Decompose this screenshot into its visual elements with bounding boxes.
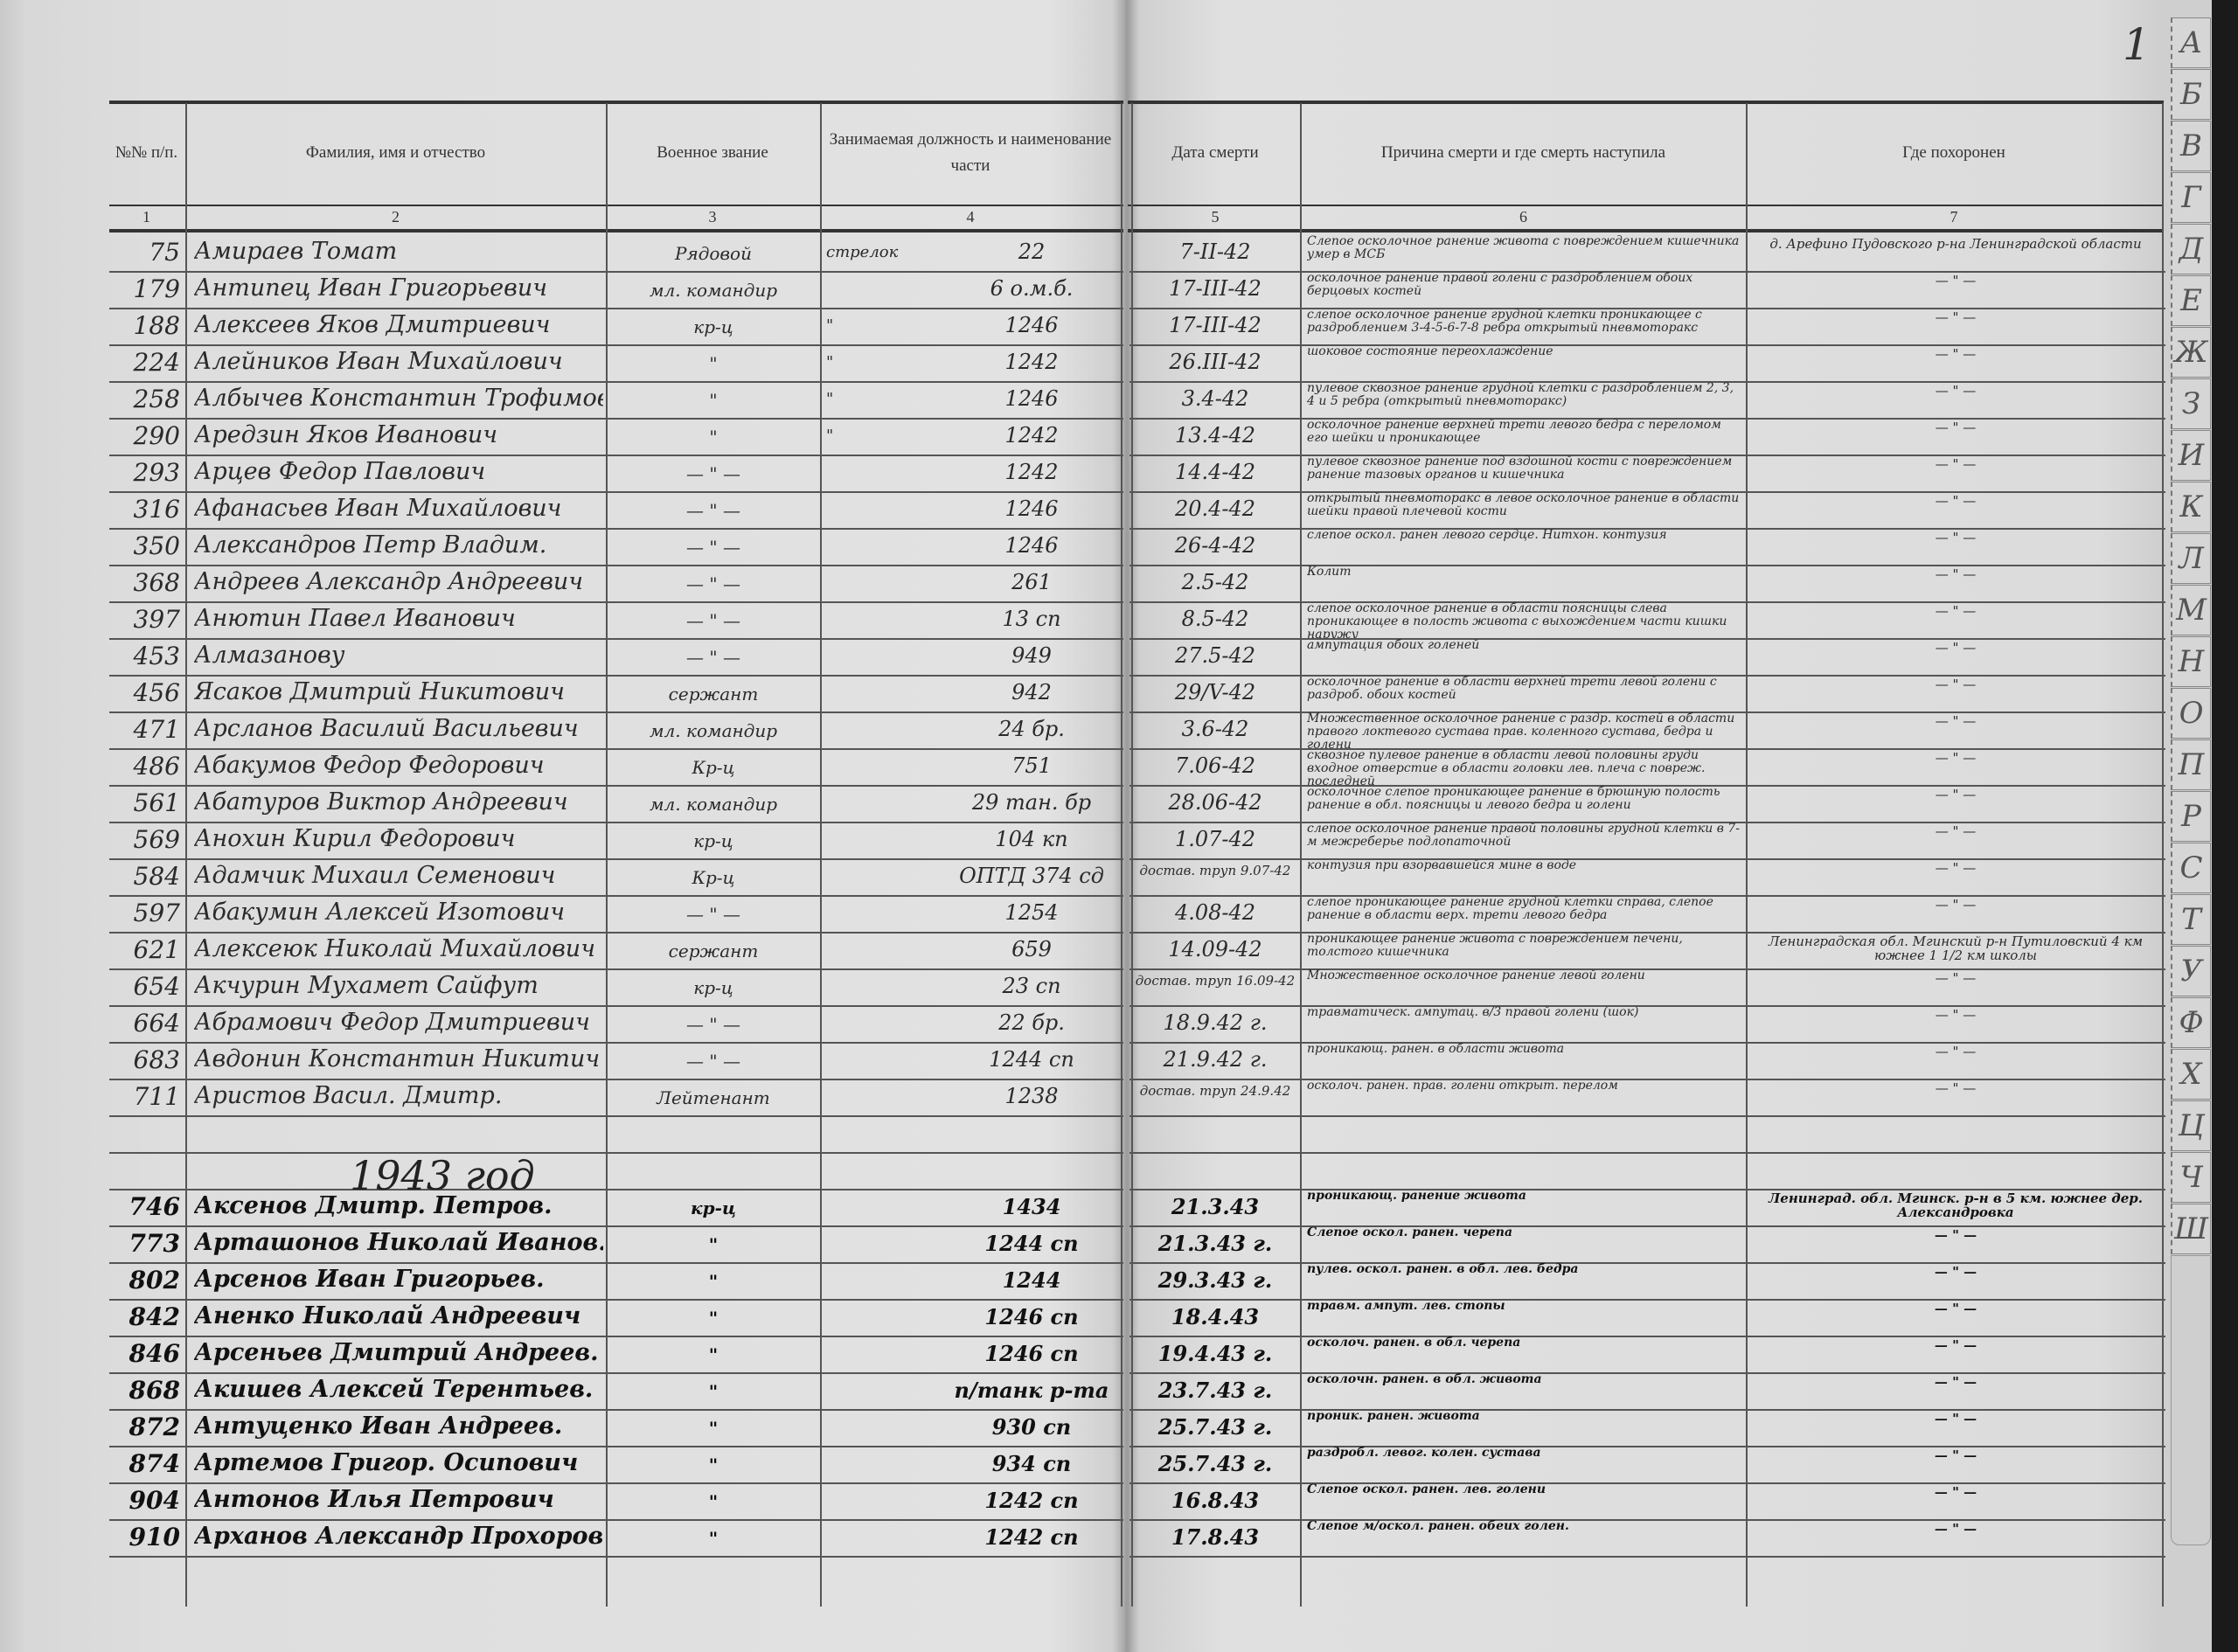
record-name: Акчурин Мухамет Сайфут xyxy=(194,972,603,1009)
record-name: Анохин Кирил Федорович xyxy=(194,825,603,862)
record-burial: — " — xyxy=(1750,1412,2161,1448)
alphabet-tab-10[interactable]: К xyxy=(2171,482,2211,532)
record-name: Александров Петр Владим. xyxy=(194,531,603,568)
row-rule xyxy=(109,455,1123,456)
row-rule xyxy=(109,601,1123,603)
record-rank: кр-ц xyxy=(610,316,817,353)
record-rank: кр-ц xyxy=(610,1197,817,1234)
record-name: Абатуров Виктор Андреевич xyxy=(194,788,603,825)
row-rule xyxy=(1129,1115,2165,1117)
record-burial: Ленинградская обл. Мгинский р-н Путиловс… xyxy=(1750,934,2161,971)
record-burial: — " — xyxy=(1750,677,2161,714)
alphabet-index-tabs: АБВГДЕЖЗИКЛМНОПРСТУФХЦЧШ xyxy=(2171,17,2211,1545)
row-rule xyxy=(109,344,1123,346)
alphabet-tab-13[interactable]: Н xyxy=(2171,636,2211,687)
record-rank: — " — xyxy=(610,647,817,684)
row-rule xyxy=(109,1372,1123,1374)
record-burial: — " — xyxy=(1750,1485,2161,1522)
record-cause: проникающее ранение живота с повреждение… xyxy=(1307,933,1744,969)
record-name: Арсланов Василий Васильевич xyxy=(194,715,603,752)
record-name: Арсенов Иван Григорьев. xyxy=(194,1266,603,1302)
record-burial: — " — xyxy=(1750,531,2161,567)
record-number: 872 xyxy=(109,1413,184,1449)
record-rank: сержант xyxy=(610,684,817,720)
record-name: Абакумин Алексей Изотович xyxy=(194,899,603,935)
record-burial: — " — xyxy=(1750,1448,2161,1485)
record-cause: травм. ампут. лев. стопы xyxy=(1307,1300,1744,1336)
record-cause: открытый пневмоторакс в левое осколочное… xyxy=(1307,492,1744,529)
col-num-1: 1 xyxy=(109,208,184,226)
col-num-6: 6 xyxy=(1303,208,1744,226)
record-rank: — " — xyxy=(610,1014,817,1051)
record-cause: осколочное слепое проникающее ранение в … xyxy=(1307,786,1744,823)
record-burial: — " — xyxy=(1750,824,2161,861)
row-rule xyxy=(109,1152,1123,1154)
record-burial: — " — xyxy=(1750,971,2161,1008)
record-cause: проникающ. ранение живота xyxy=(1307,1190,1744,1226)
header-cause: Причина смерти и где смерть наступила xyxy=(1303,105,1744,201)
record-rank: " xyxy=(610,1271,817,1308)
alphabet-tab-16[interactable]: Р xyxy=(2171,791,2211,842)
col-num-5: 5 xyxy=(1132,208,1298,226)
record-burial: — " — xyxy=(1750,347,2161,384)
record-number: 654 xyxy=(109,972,184,1009)
record-rank: " xyxy=(610,1528,817,1565)
col-num-7: 7 xyxy=(1748,208,2159,226)
record-cause: слепое осколочное ранение в области пояс… xyxy=(1307,602,1744,639)
row-rule xyxy=(109,1409,1123,1411)
record-number: 597 xyxy=(109,899,184,935)
alphabet-tab-12[interactable]: М xyxy=(2171,585,2211,635)
record-rank: " xyxy=(610,1234,817,1271)
record-number: 350 xyxy=(109,531,184,568)
row-rule xyxy=(109,1519,1123,1521)
record-number: 290 xyxy=(109,421,184,458)
alphabet-tab-14[interactable]: О xyxy=(2171,688,2211,739)
row-rule xyxy=(109,895,1123,897)
row-rule xyxy=(109,1556,1123,1558)
record-name: Акишев Алексей Терентьев. xyxy=(194,1376,603,1413)
record-cause: Колит xyxy=(1307,566,1744,602)
record-burial: — " — xyxy=(1750,420,2161,457)
row-rule xyxy=(109,1446,1123,1447)
record-name: Абрамович Федор Дмитриевич xyxy=(194,1009,603,1045)
alphabet-tab-6[interactable]: Е xyxy=(2171,275,2211,326)
record-cause: Множественное осколочное ранение левой г… xyxy=(1307,969,1744,1006)
record-name: Арташонов Николай Иванов. xyxy=(194,1229,603,1266)
record-position: " xyxy=(826,316,957,353)
record-rank: Кр-ц xyxy=(610,757,817,794)
record-position: " xyxy=(826,390,957,427)
record-burial: — " — xyxy=(1750,604,2161,641)
record-cause: ампутация обоих голеней xyxy=(1307,639,1744,676)
record-rank: кр-ц xyxy=(610,977,817,1014)
record-cause: сквозное пулевое ранение в области левой… xyxy=(1307,749,1744,786)
record-name: Афанасьев Иван Михайлович xyxy=(194,495,603,531)
col-num-4: 4 xyxy=(822,208,1119,226)
record-name: Алейников Иван Михайлович xyxy=(194,348,603,385)
record-cause: осколочное ранение правой голени с раздр… xyxy=(1307,272,1744,309)
record-name: Адамчик Михаил Семенович xyxy=(194,862,603,899)
record-name: Арцев Федор Павлович xyxy=(194,458,603,495)
record-name: Авдонин Константин Никитич xyxy=(194,1045,603,1082)
record-number: 188 xyxy=(109,311,184,348)
row-rule xyxy=(109,1482,1123,1484)
record-number: 842 xyxy=(109,1302,184,1339)
record-burial: — " — xyxy=(1750,788,2161,824)
record-number: 456 xyxy=(109,678,184,715)
alphabet-tab-19[interactable]: У xyxy=(2171,946,2211,996)
col-divider xyxy=(2162,103,2164,1607)
record-burial: — " — xyxy=(1750,1301,2161,1338)
row-rule xyxy=(109,968,1123,970)
row-rule xyxy=(109,1005,1123,1007)
row-rule xyxy=(109,858,1123,860)
alphabet-tab-17[interactable]: С xyxy=(2171,843,2211,893)
record-number: 746 xyxy=(109,1192,184,1229)
record-cause: пулевое сквозное ранение под вздошной ко… xyxy=(1307,455,1744,492)
record-cause: пулев. оскол. ранен. в обл. лев. бедра xyxy=(1307,1263,1744,1300)
record-name: Аредзин Яков Иванович xyxy=(194,421,603,458)
alphabet-tab-3[interactable]: В xyxy=(2171,121,2211,171)
row-rule xyxy=(109,1115,1123,1117)
record-rank: " xyxy=(610,1418,817,1454)
row-rule xyxy=(109,271,1123,273)
record-number: 683 xyxy=(109,1045,184,1082)
record-rank: сержант xyxy=(610,941,817,977)
row-rule xyxy=(1129,1556,2165,1558)
record-burial: д. Арефино Пудовского р-на Ленинградской… xyxy=(1750,237,2161,274)
record-name: Аристов Васил. Дмитр. xyxy=(194,1082,603,1119)
record-burial: — " — xyxy=(1750,567,2161,604)
record-number: 773 xyxy=(109,1229,184,1266)
record-cause: проник. ранен. живота xyxy=(1307,1410,1744,1447)
record-number: 75 xyxy=(109,238,184,274)
alphabet-tab-2[interactable]: Б xyxy=(2171,69,2211,120)
record-cause: слепое осколочное ранение правой половин… xyxy=(1307,823,1744,859)
record-name: Ясаков Дмитрий Никитович xyxy=(194,678,603,715)
record-name: Арханов Александр Прохоров. xyxy=(194,1523,603,1559)
record-burial: — " — xyxy=(1750,898,2161,934)
record-burial: — " — xyxy=(1750,1008,2161,1045)
record-cause: осколочн. ранен. в обл. живота xyxy=(1307,1373,1744,1410)
record-rank: Рядовой xyxy=(610,243,817,280)
record-number: 471 xyxy=(109,715,184,752)
record-number: 486 xyxy=(109,752,184,788)
record-rank: — " — xyxy=(610,904,817,941)
row-rule xyxy=(109,1042,1123,1044)
alphabet-tab-24[interactable]: Ш xyxy=(2171,1204,2211,1254)
record-cause: Слепое м/оскол. ранен. обеих голен. xyxy=(1307,1520,1744,1557)
record-burial: — " — xyxy=(1750,861,2161,898)
record-number: 910 xyxy=(109,1523,184,1559)
record-burial: — " — xyxy=(1750,641,2161,677)
alphabet-tab-18[interactable]: Т xyxy=(2171,894,2211,945)
record-cause: Слепое оскол. ранен. черепа xyxy=(1307,1226,1744,1263)
record-number: 584 xyxy=(109,862,184,899)
row-rule xyxy=(109,822,1123,823)
alphabet-tab-22[interactable]: Ц xyxy=(2171,1100,2211,1151)
record-rank: мл. командир xyxy=(610,720,817,757)
record-cause: осколоч. ранен. в обл. черепа xyxy=(1307,1336,1744,1373)
col-divider xyxy=(1121,103,1122,1607)
record-name: Алексеев Яков Дмитриевич xyxy=(194,311,603,348)
record-name: Анютин Павел Иванович xyxy=(194,605,603,642)
record-number: 561 xyxy=(109,788,184,825)
row-rule xyxy=(109,675,1123,677)
record-rank: Лейтенант xyxy=(610,1087,817,1124)
row-rule xyxy=(109,711,1123,713)
row-rule xyxy=(109,748,1123,750)
record-rank: — " — xyxy=(610,537,817,573)
alphabet-tab-8[interactable]: З xyxy=(2171,378,2211,429)
record-cause: осколочное ранение верхней трети левого … xyxy=(1307,419,1744,455)
record-burial: — " — xyxy=(1750,751,2161,788)
record-number: 224 xyxy=(109,348,184,385)
header-mid-rule xyxy=(109,205,1123,206)
record-name: Антуценко Иван Андреев. xyxy=(194,1413,603,1449)
record-number: 711 xyxy=(109,1082,184,1119)
record-name: Антонов Илья Петрович xyxy=(194,1486,603,1523)
row-rule xyxy=(109,381,1123,383)
alphabet-tab-20[interactable]: Ф xyxy=(2171,997,2211,1048)
record-cause: слепое проникающее ранение грудной клетк… xyxy=(1307,896,1744,933)
record-rank: " xyxy=(610,353,817,390)
row-rule xyxy=(109,1299,1123,1301)
col-divider xyxy=(820,103,822,1607)
col-num-2: 2 xyxy=(188,208,603,226)
header-top-rule xyxy=(1128,101,2164,104)
alphabet-tab-23[interactable]: Ч xyxy=(2171,1152,2211,1203)
record-burial: — " — xyxy=(1750,494,2161,531)
header-rank: Военное звание xyxy=(608,105,817,201)
record-name: Алмазанову xyxy=(194,642,603,678)
year-heading-1943: 1943 год xyxy=(350,1152,535,1199)
record-rank: мл. командир xyxy=(610,794,817,830)
record-rank: " xyxy=(610,1491,817,1528)
record-cause: контузия при взорвавшейся мине в воде xyxy=(1307,859,1744,896)
record-name: Аненко Николай Андреевич xyxy=(194,1302,603,1339)
record-name: Абакумов Федор Федорович xyxy=(194,752,603,788)
col-num-3: 3 xyxy=(608,208,817,226)
record-name: Амираев Томат xyxy=(194,238,603,274)
record-number: 846 xyxy=(109,1339,184,1376)
record-cause: Множественное осколочное ранение с раздр… xyxy=(1307,712,1744,749)
row-rule xyxy=(109,528,1123,530)
record-rank: " xyxy=(610,1454,817,1491)
record-rank: " xyxy=(610,1344,817,1381)
header-death-date: Дата смерти xyxy=(1132,105,1298,201)
alphabet-tab-7[interactable]: Ж xyxy=(2171,327,2211,378)
header-top-rule xyxy=(109,101,1123,104)
record-rank: Кр-ц xyxy=(610,867,817,904)
row-rule xyxy=(109,565,1123,566)
record-cause: Слепое оскол. ранен. лев. голени xyxy=(1307,1483,1744,1520)
record-cause: Слепое осколочное ранение живота с повре… xyxy=(1307,235,1744,272)
header-position: Занимаемая должность и наименование част… xyxy=(822,105,1119,201)
record-cause: шоковое состояние переохлаждение xyxy=(1307,345,1744,382)
row-rule xyxy=(109,418,1123,420)
row-rule xyxy=(109,638,1123,640)
record-number: 874 xyxy=(109,1449,184,1486)
record-number: 802 xyxy=(109,1266,184,1302)
record-burial: — " — xyxy=(1750,714,2161,751)
header-name: Фамилия, имя и отчество xyxy=(188,105,603,201)
alphabet-tab-1[interactable]: А xyxy=(2171,17,2211,68)
record-cause: осколочное ранение в области верхней тре… xyxy=(1307,676,1744,712)
alphabet-tab-21[interactable]: Х xyxy=(2171,1049,2211,1100)
record-position: " xyxy=(826,427,957,463)
record-number: 453 xyxy=(109,642,184,678)
record-burial: — " — xyxy=(1750,1522,2161,1558)
record-burial: — " — xyxy=(1750,457,2161,494)
record-rank: — " — xyxy=(610,573,817,610)
record-number: 868 xyxy=(109,1376,184,1413)
record-burial: — " — xyxy=(1750,384,2161,420)
col-divider xyxy=(1746,103,1748,1607)
record-number: 664 xyxy=(109,1009,184,1045)
record-position: " xyxy=(826,353,957,390)
record-rank: — " — xyxy=(610,500,817,537)
col-divider xyxy=(1300,103,1302,1607)
record-burial: — " — xyxy=(1750,1338,2161,1375)
row-rule xyxy=(109,1079,1123,1080)
record-number: 368 xyxy=(109,568,184,605)
record-cause: слепое осколочное ранение грудной клетки… xyxy=(1307,309,1744,345)
record-rank: кр-ц xyxy=(610,830,817,867)
record-number: 258 xyxy=(109,385,184,421)
record-name: Артемов Григор. Осипович xyxy=(194,1449,603,1486)
header-burial: Где похоронен xyxy=(1748,105,2159,201)
record-number: 179 xyxy=(109,274,184,311)
record-rank: " xyxy=(610,427,817,463)
record-number: 293 xyxy=(109,458,184,495)
record-rank: " xyxy=(610,1381,817,1418)
record-name: Алексеюк Николай Михайлович xyxy=(194,935,603,972)
row-rule xyxy=(109,1225,1123,1227)
record-burial: — " — xyxy=(1750,310,2161,347)
record-cause: травматическ. ампутац. в/3 правой голени… xyxy=(1307,1006,1744,1043)
record-burial: — " — xyxy=(1750,1045,2161,1081)
record-number: 904 xyxy=(109,1486,184,1523)
record-position: стрелок xyxy=(826,243,957,280)
header-no: №№ п/п. xyxy=(109,105,184,201)
row-rule xyxy=(109,491,1123,493)
record-burial: — " — xyxy=(1750,1228,2161,1265)
row-rule xyxy=(109,308,1123,309)
alphabet-tab-9[interactable]: И xyxy=(2171,430,2211,481)
record-number: 569 xyxy=(109,825,184,862)
record-name: Арсеньев Дмитрий Андреев. xyxy=(194,1339,603,1376)
index-strip-end xyxy=(2171,1255,2211,1545)
record-cause: пулевое сквозное ранение грудной клетки … xyxy=(1307,382,1744,419)
record-rank: — " — xyxy=(610,610,817,647)
row-rule xyxy=(1129,1152,2165,1154)
alphabet-tab-5[interactable]: Д xyxy=(2171,224,2211,274)
record-cause: раздробл. левог. колен. сустава xyxy=(1307,1447,1744,1483)
header-mid-rule xyxy=(1128,205,2164,206)
alphabet-tab-4[interactable]: Г xyxy=(2171,172,2211,223)
record-number: 397 xyxy=(109,605,184,642)
record-name: Албычев Константин Трофимович xyxy=(194,385,603,421)
row-rule xyxy=(109,932,1123,934)
alphabet-tab-11[interactable]: Л xyxy=(2171,533,2211,584)
record-rank: мл. командир xyxy=(610,280,817,316)
record-name: Антипец Иван Григорьевич xyxy=(194,274,603,311)
header-bottom-rule xyxy=(109,229,1123,233)
alphabet-tab-15[interactable]: П xyxy=(2171,739,2211,790)
record-number: 316 xyxy=(109,495,184,531)
record-burial: Ленинград. обл. Мгинск. р-н в 5 км. южне… xyxy=(1750,1191,2161,1228)
record-number: 621 xyxy=(109,935,184,972)
record-rank: " xyxy=(610,1308,817,1344)
record-burial: — " — xyxy=(1750,1375,2161,1412)
row-rule xyxy=(109,1336,1123,1337)
row-rule xyxy=(109,785,1123,787)
col-divider xyxy=(606,103,608,1607)
record-cause: осколоч. ранен. прав. голени открыт. пер… xyxy=(1307,1079,1744,1116)
record-name: Андреев Александр Андреевич xyxy=(194,568,603,605)
col-divider xyxy=(185,103,187,1607)
record-rank: — " — xyxy=(610,1051,817,1087)
ledger-spread: 1 №№ п/п. Фамилия, имя и отчество Военно… xyxy=(0,0,2238,1652)
record-rank: " xyxy=(610,390,817,427)
header-bottom-rule xyxy=(1128,229,2164,233)
row-rule xyxy=(109,1262,1123,1264)
record-burial: — " — xyxy=(1750,1081,2161,1118)
record-cause: проникающ. ранен. в области живота xyxy=(1307,1043,1744,1079)
record-rank: — " — xyxy=(610,463,817,500)
record-burial: — " — xyxy=(1750,274,2161,310)
book-edge-shadow xyxy=(2212,0,2238,1652)
record-burial: — " — xyxy=(1750,1265,2161,1301)
row-rule xyxy=(109,1189,1123,1190)
record-cause: слепое оскол. ранен левого сердце. Нитхо… xyxy=(1307,529,1744,566)
